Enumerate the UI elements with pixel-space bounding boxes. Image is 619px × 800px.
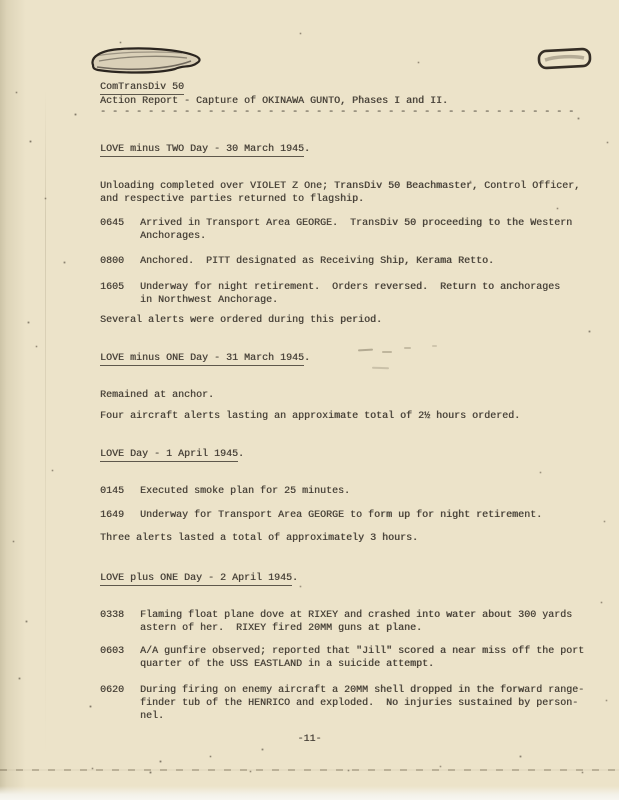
entry-text: Arrived in Transport Area GEORGE. TransD… — [140, 217, 586, 243]
paper-speckles — [0, 0, 1, 1]
entry-time: 1605 — [100, 281, 140, 307]
entry-time: 1649 — [100, 509, 140, 522]
pencil-mark — [382, 351, 392, 353]
entry-text: During firing on enemy aircraft a 20MM s… — [140, 684, 586, 723]
pencil-mark — [358, 349, 373, 352]
section-heading: LOVE plus ONE Day - 2 April 1945. — [100, 572, 298, 585]
pencil-mark — [372, 367, 389, 370]
unit-heading: ComTransDiv 50 — [100, 81, 184, 94]
log-entry: 0145 Executed smoke plan for 25 minutes. — [100, 485, 586, 498]
entry-text: Anchored. PITT designated as Receiving S… — [140, 255, 586, 268]
entry-text: A/A gunfire observed; reported that "Jil… — [140, 645, 586, 671]
log-entry: 1605 Underway for night retirement. Orde… — [100, 281, 586, 307]
log-entry: 0338 Flaming float plane dove at RIXEY a… — [100, 609, 586, 635]
entry-time: 0145 — [100, 485, 140, 498]
entry-text: Underway for night retirement. Orders re… — [140, 281, 586, 307]
entry-text: Executed smoke plan for 25 minutes. — [140, 485, 586, 498]
entry-time: 0603 — [100, 645, 140, 671]
dashed-divider-line: - - - - - - - - - - - - - - - - - - - - … — [100, 106, 574, 119]
paragraph: Three alerts lasted a total of approxima… — [100, 532, 592, 545]
entry-time: 0620 — [100, 684, 140, 723]
pencil-mark — [404, 347, 411, 349]
log-entry: 0603 A/A gunfire observed; reported that… — [100, 645, 586, 671]
paragraph: Four aircraft alerts lasting an approxim… — [100, 410, 592, 423]
paper-left-edge-shading — [0, 0, 26, 800]
entry-time: 0800 — [100, 255, 140, 268]
log-entry: 0800 Anchored. PITT designated as Receiv… — [100, 255, 586, 268]
entry-text: Flaming float plane dove at RIXEY and cr… — [140, 609, 586, 635]
paper-bottom-crease — [0, 769, 619, 771]
log-entry: 0645 Arrived in Transport Area GEORGE. T… — [100, 217, 586, 243]
entry-time: 0338 — [100, 609, 140, 635]
page-number: -11- — [0, 733, 619, 746]
pencil-mark — [432, 345, 437, 347]
paragraph: Several alerts were ordered during this … — [100, 314, 592, 327]
redaction-scribble-mark — [86, 43, 204, 77]
document-page: ComTransDiv 50 Action Report - Capture o… — [0, 0, 619, 800]
log-entry: 1649 Underway for Transport Area GEORGE … — [100, 509, 586, 522]
entry-time: 0645 — [100, 217, 140, 243]
stamp-outline-mark — [535, 45, 594, 74]
unit-heading-text: ComTransDiv 50 — [100, 82, 184, 95]
section-heading: LOVE minus ONE Day - 31 March 1945. — [100, 352, 310, 365]
paper-bottom-edge — [0, 786, 619, 800]
paragraph: Remained at anchor. — [100, 389, 592, 402]
paragraph: Unloading completed over VIOLET Z One; T… — [100, 180, 592, 206]
section-heading: LOVE Day - 1 April 1945. — [100, 448, 244, 461]
entry-text: Underway for Transport Area GEORGE to fo… — [140, 509, 586, 522]
section-heading: LOVE minus TWO Day - 30 March 1945. — [100, 143, 310, 156]
log-entry: 0620 During firing on enemy aircraft a 2… — [100, 684, 586, 723]
paper-vertical-crease — [45, 90, 46, 760]
